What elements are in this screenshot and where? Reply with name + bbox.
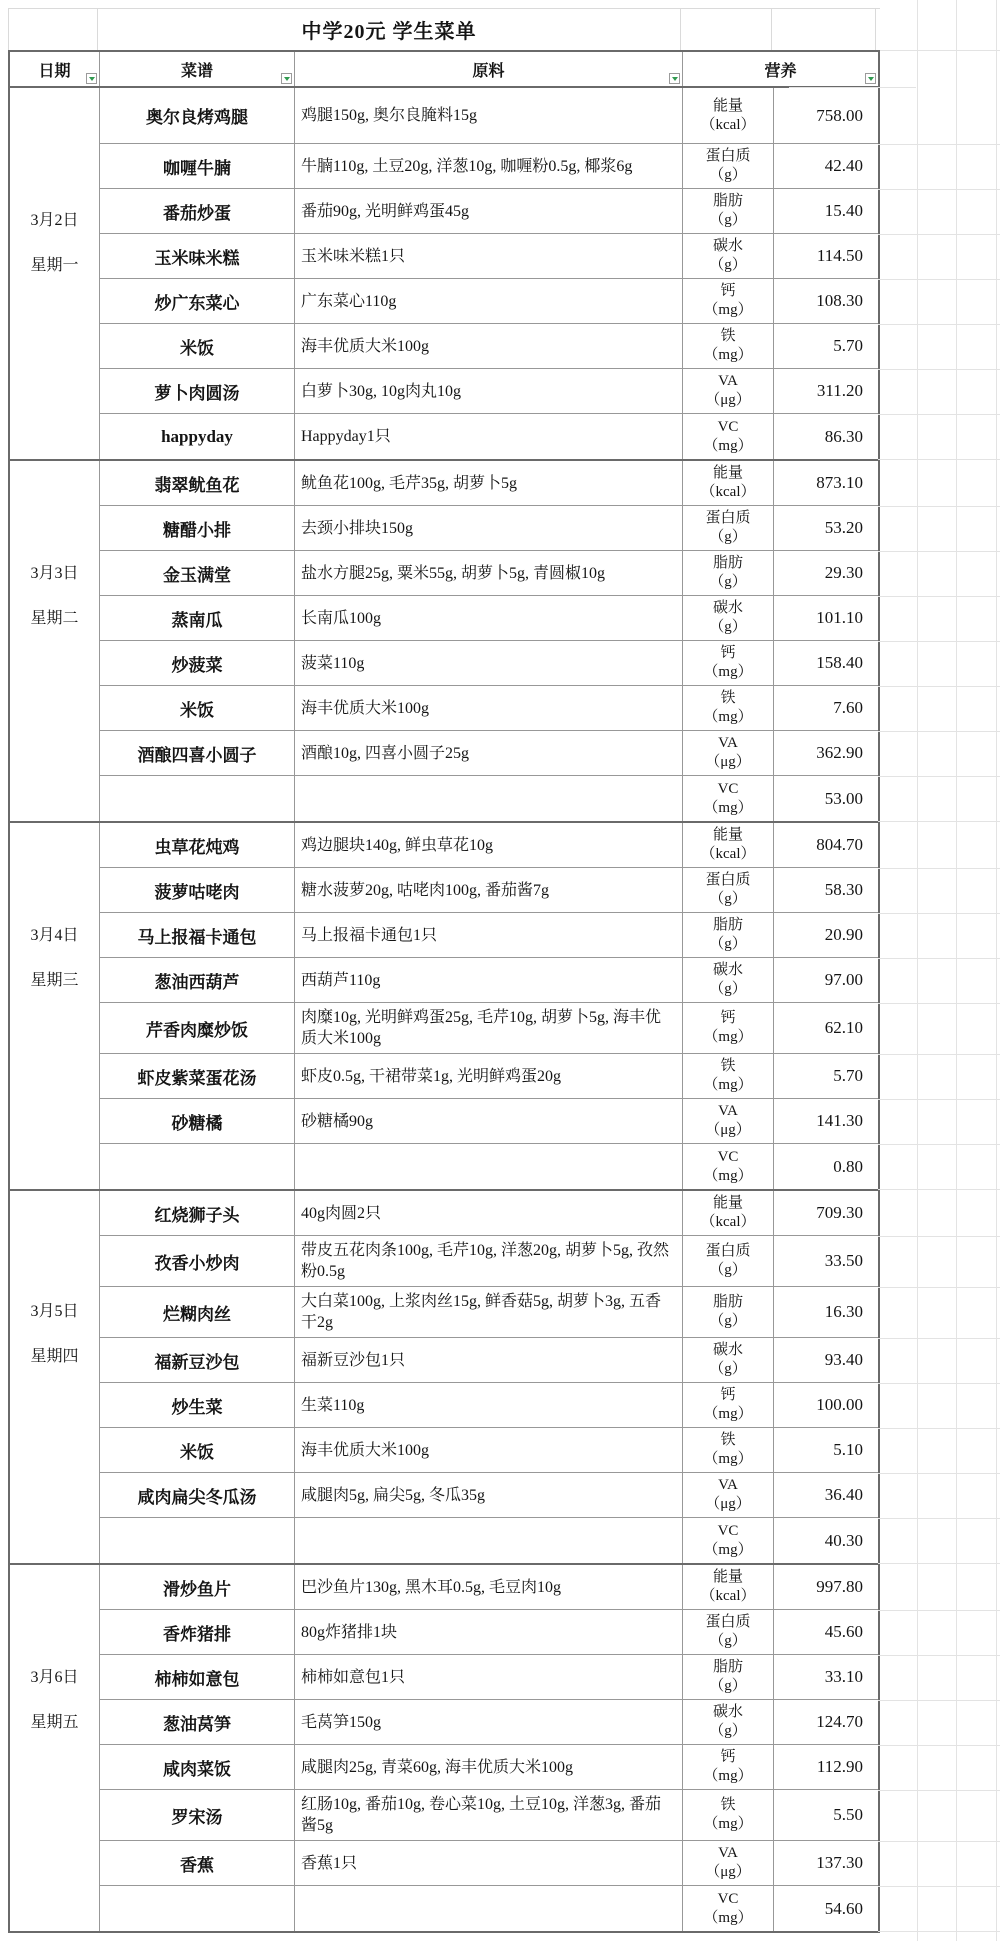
nutrient-value-cell[interactable]: 62.10 [774, 1003, 878, 1054]
nutrient-value: 114.50 [817, 246, 863, 266]
ingredients-cell[interactable]: 马上报福卡通包1只 [295, 913, 683, 958]
ingredients-cell[interactable]: 大白菜100g, 上浆肉丝15g, 鲜香菇5g, 胡萝卜3g, 五香干2g [295, 1287, 683, 1338]
filter-dropdown-icon[interactable] [669, 73, 680, 84]
nutrient-value: 362.90 [816, 743, 863, 763]
title-empty-cell[interactable] [681, 9, 772, 50]
menu-row: 炒生菜生菜110g钙（mg）100.00 [100, 1383, 878, 1428]
ingredients-text: 番茄90g, 光明鲜鸡蛋45g [301, 201, 469, 222]
date-cell[interactable]: 3月5日星期四 [10, 1191, 100, 1563]
nutrient-value-cell[interactable]: 873.10 [774, 461, 878, 506]
menu-row: 炒广东菜心广东菜心110g钙（mg）108.30 [100, 279, 878, 324]
nutrient-value-cell[interactable]: 114.50 [774, 234, 878, 279]
menu-row: 马上报福卡通包马上报福卡通包1只脂肪（g）20.90 [100, 913, 878, 958]
nutrient-value-cell[interactable]: 709.30 [774, 1191, 878, 1236]
nutrient-label-cell[interactable]: 铁（mg） [683, 1428, 774, 1473]
nutrient-unit: （mg） [703, 663, 752, 682]
ingredients-text: 菠菜110g [301, 653, 364, 674]
menu-row: 柿柿如意包柿柿如意包1只脂肪（g）33.10 [100, 1655, 878, 1700]
dish-cell[interactable]: 虫草花炖鸡 [100, 823, 295, 868]
ingredients-cell[interactable]: 香蕉1只 [295, 1841, 683, 1886]
dish-cell[interactable]: 炒生菜 [100, 1383, 295, 1428]
ingredients-cell[interactable]: 福新豆沙包1只 [295, 1338, 683, 1383]
nutrient-label-cell[interactable]: 能量（kcal） [683, 461, 774, 506]
nutrient-value: 5.10 [833, 1440, 863, 1460]
dish-name: 炒广东菜心 [155, 289, 240, 314]
nutrient-value-cell[interactable]: 112.90 [774, 1745, 878, 1790]
date-cell[interactable]: 3月4日星期三 [10, 823, 100, 1189]
nutrient-label-cell[interactable]: VA（μg） [683, 1841, 774, 1886]
nutrient-unit: （mg） [703, 1167, 752, 1186]
nutrient-unit: （mg） [703, 437, 752, 456]
nutrient-value-cell[interactable]: 108.30 [774, 279, 878, 324]
nutrient-unit: （g） [709, 573, 747, 592]
nutrient-value-cell[interactable]: 93.40 [774, 1338, 878, 1383]
ingredients-cell[interactable]: 咸腿肉5g, 扁尖5g, 冬瓜35g [295, 1473, 683, 1518]
ingredients-cell[interactable]: 糖水菠萝20g, 咕咾肉100g, 番茄酱7g [295, 868, 683, 913]
ingredients-cell[interactable]: 去颈小排块150g [295, 506, 683, 551]
nutrient-unit: （g） [709, 211, 747, 230]
dish-cell[interactable]: 糖醋小排 [100, 506, 295, 551]
nutrient-value-cell[interactable]: 804.70 [774, 823, 878, 868]
nutrient-label-cell[interactable]: 蛋白质（g） [683, 868, 774, 913]
dish-cell[interactable]: 米饭 [100, 324, 295, 369]
nutrient-label-cell[interactable]: 碳水（g） [683, 1338, 774, 1383]
nutrient-label-cell[interactable]: VA（μg） [683, 731, 774, 776]
dish-cell[interactable]: 炒广东菜心 [100, 279, 295, 324]
ingredients-text: 白萝卜30g, 10g肉丸10g [301, 381, 461, 402]
nutrient-label-cell[interactable]: 脂肪（g） [683, 551, 774, 596]
ingredients-cell[interactable] [295, 1886, 683, 1931]
nutrient-label-cell[interactable]: VC（mg） [683, 1518, 774, 1563]
nutrient-label-cell[interactable]: VC（mg） [683, 414, 774, 459]
nutrient-name: 蛋白质 [705, 1613, 750, 1632]
dish-cell[interactable]: 奥尔良烤鸡腿 [100, 88, 295, 144]
ingredients-text: 毛莴笋150g [301, 1712, 381, 1733]
ingredients-cell[interactable]: 砂糖橘90g [295, 1099, 683, 1144]
sheet-title-cell[interactable]: 中学20元 学生菜单 [98, 9, 681, 50]
ingredients-cell[interactable]: 咸腿肉25g, 青菜60g, 海丰优质大米100g [295, 1745, 683, 1790]
header-date[interactable]: 日期 [10, 52, 100, 86]
table-header-row: 日期 菜谱 原料 营养 [10, 52, 878, 88]
header-nutrition[interactable]: 营养 [683, 52, 878, 86]
menu-row: 米饭海丰优质大米100g铁（mg）5.10 [100, 1428, 878, 1473]
nutrient-unit: （g） [709, 1312, 747, 1331]
nutrient-value-cell[interactable]: 53.00 [774, 776, 878, 821]
nutrient-value: 5.70 [833, 1066, 863, 1086]
date-cell[interactable]: 3月3日星期二 [10, 461, 100, 821]
nutrient-label-cell[interactable]: 碳水（g） [683, 234, 774, 279]
nutrient-label-cell[interactable]: VA（μg） [683, 1473, 774, 1518]
nutrient-label-cell[interactable]: 能量（kcal） [683, 88, 774, 144]
ingredients-cell[interactable]: 红肠10g, 番茄10g, 卷心菜10g, 土豆10g, 洋葱3g, 番茄酱5g [295, 1790, 683, 1841]
dish-cell[interactable]: happyday [100, 414, 295, 459]
nutrient-value: 20.90 [825, 925, 863, 945]
nutrient-value-cell[interactable]: 758.00 [774, 88, 878, 144]
nutrient-value-cell[interactable]: 158.40 [774, 641, 878, 686]
nutrient-name: VA [718, 734, 738, 753]
nutrient-value-cell[interactable]: 54.60 [774, 1886, 878, 1931]
header-date-label: 日期 [38, 58, 70, 81]
nutrient-name: VC [718, 418, 739, 437]
nutrient-value-cell[interactable]: 15.40 [774, 189, 878, 234]
nutrient-name: 脂肪 [713, 1658, 743, 1677]
ingredients-cell[interactable] [295, 1144, 683, 1189]
title-empty-cell[interactable] [772, 9, 876, 50]
nutrient-value: 29.30 [825, 563, 863, 583]
dish-cell[interactable]: 米饭 [100, 1428, 295, 1473]
nutrient-unit: （kcal） [701, 845, 756, 864]
nutrient-value-cell[interactable]: 141.30 [774, 1099, 878, 1144]
nutrient-label-cell[interactable]: VC（mg） [683, 1144, 774, 1189]
nutrient-unit: （μg） [705, 1863, 751, 1882]
ingredients-cell[interactable]: 玉米味米糕1只 [295, 234, 683, 279]
nutrient-label-cell[interactable]: 蛋白质（g） [683, 506, 774, 551]
nutrient-unit: （mg） [703, 1767, 752, 1786]
filter-dropdown-icon[interactable] [865, 73, 876, 84]
nutrient-unit: （mg） [703, 799, 752, 818]
dish-cell[interactable]: 番茄炒蛋 [100, 189, 295, 234]
nutrient-label-cell[interactable]: 铁（mg） [683, 686, 774, 731]
menu-row: 滑炒鱼片巴沙鱼片130g, 黑木耳0.5g, 毛豆肉10g能量（kcal）997… [100, 1565, 878, 1610]
ingredients-text: 柿柿如意包1只 [301, 1667, 405, 1688]
menu-row: 虾皮紫菜蛋花汤虾皮0.5g, 干裙带菜1g, 光明鲜鸡蛋20g铁（mg）5.70 [100, 1054, 878, 1099]
nutrient-unit: （mg） [703, 1450, 752, 1469]
menu-row: 烂糊肉丝大白菜100g, 上浆肉丝15g, 鲜香菇5g, 胡萝卜3g, 五香干2… [100, 1287, 878, 1338]
dish-name: 糖醋小排 [163, 516, 231, 541]
ingredients-cell[interactable]: 牛腩110g, 土豆20g, 洋葱10g, 咖喱粉0.5g, 椰浆6g [295, 144, 683, 189]
nutrient-value: 16.30 [825, 1302, 863, 1322]
nutrient-value: 112.90 [817, 1757, 863, 1777]
ingredients-cell[interactable]: 虾皮0.5g, 干裙带菜1g, 光明鲜鸡蛋20g [295, 1054, 683, 1099]
nutrient-label-cell[interactable]: 能量（kcal） [683, 1565, 774, 1610]
dish-name: 马上报福卡通包 [138, 923, 257, 948]
nutrient-label-cell[interactable]: 能量（kcal） [683, 823, 774, 868]
nutrient-value-cell[interactable]: 86.30 [774, 414, 878, 459]
nutrient-unit: （mg） [703, 301, 752, 320]
dish-cell[interactable]: 香炸猪排 [100, 1610, 295, 1655]
dish-cell[interactable]: 蒸南瓜 [100, 596, 295, 641]
ingredients-cell[interactable] [295, 1518, 683, 1563]
dish-cell[interactable]: 砂糖橘 [100, 1099, 295, 1144]
ingredients-text: 西葫芦110g [301, 970, 380, 991]
ingredients-cell[interactable]: 鱿鱼花100g, 毛芹35g, 胡萝卜5g [295, 461, 683, 506]
nutrient-unit: （kcal） [701, 1587, 756, 1606]
weekday-text: 星期四 [10, 1334, 99, 1379]
menu-row: 孜香小炒肉带皮五花肉条100g, 毛芹10g, 洋葱20g, 胡萝卜5g, 孜然… [100, 1236, 878, 1287]
nutrient-unit: （mg） [703, 1909, 752, 1928]
nutrient-unit: （g） [709, 256, 747, 275]
nutrient-value: 0.80 [833, 1157, 863, 1177]
dish-name: 米饭 [180, 334, 214, 359]
dish-cell[interactable]: 菠萝咕咾肉 [100, 868, 295, 913]
weekday-text: 星期三 [10, 958, 99, 1003]
dish-name: happyday [161, 427, 233, 447]
nutrient-value: 5.70 [833, 336, 863, 356]
menu-row: VC（mg）53.00 [100, 776, 878, 821]
header-menu[interactable]: 菜谱 [100, 52, 295, 86]
nutrient-value-cell[interactable]: 5.70 [774, 324, 878, 369]
ingredients-cell[interactable]: 鸡边腿块140g, 鲜虫草花10g [295, 823, 683, 868]
nutrient-label-cell[interactable]: 铁（mg） [683, 324, 774, 369]
dish-cell[interactable]: 炒菠菜 [100, 641, 295, 686]
menu-row: 咖喱牛腩牛腩110g, 土豆20g, 洋葱10g, 咖喱粉0.5g, 椰浆6g蛋… [100, 144, 878, 189]
filter-dropdown-icon[interactable] [86, 73, 97, 84]
nutrient-value-cell[interactable]: 124.70 [774, 1700, 878, 1745]
nutrient-name: 铁 [720, 1796, 735, 1815]
ingredients-text: 长南瓜100g [301, 608, 381, 629]
ingredients-cell[interactable]: 西葫芦110g [295, 958, 683, 1003]
dish-name: 芹香肉糜炒饭 [146, 1016, 248, 1041]
dish-cell[interactable]: 咖喱牛腩 [100, 144, 295, 189]
dish-cell[interactable]: 金玉满堂 [100, 551, 295, 596]
nutrient-label-cell[interactable]: 钙（mg） [683, 641, 774, 686]
nutrient-value-cell[interactable]: 42.40 [774, 144, 878, 189]
dish-name: 香炸猪排 [163, 1620, 231, 1645]
nutrient-unit: （g） [709, 166, 747, 185]
nutrient-label-cell[interactable]: 铁（mg） [683, 1054, 774, 1099]
nutrient-value-cell[interactable]: 33.10 [774, 1655, 878, 1700]
nutrient-value-cell[interactable]: 5.50 [774, 1790, 878, 1841]
date-text: 3月6日 [10, 1655, 99, 1700]
nutrient-name: VC [718, 780, 739, 799]
nutrient-value-cell[interactable]: 362.90 [774, 731, 878, 776]
ingredients-cell[interactable] [295, 776, 683, 821]
nutrient-label-cell[interactable]: 脂肪（g） [683, 1287, 774, 1338]
date-label: 3月2日星期一 [10, 198, 99, 288]
menu-row: 咸肉菜饭咸腿肉25g, 青菜60g, 海丰优质大米100g钙（mg）112.90 [100, 1745, 878, 1790]
nutrient-value: 93.40 [825, 1350, 863, 1370]
menu-row: VC（mg）54.60 [100, 1886, 878, 1931]
ingredients-cell[interactable]: 柿柿如意包1只 [295, 1655, 683, 1700]
nutrient-unit: （kcal） [701, 1213, 756, 1232]
ingredients-cell[interactable]: 海丰优质大米100g [295, 1428, 683, 1473]
nutrient-unit: （g） [709, 890, 747, 909]
nutrient-label-cell[interactable]: VA（μg） [683, 1099, 774, 1144]
nutrient-label-cell[interactable]: 铁（mg） [683, 1790, 774, 1841]
ingredients-cell[interactable]: 毛莴笋150g [295, 1700, 683, 1745]
nutrient-value: 7.60 [833, 698, 863, 718]
dish-name: 菠萝咕咾肉 [155, 878, 240, 903]
ingredients-cell[interactable]: 生菜110g [295, 1383, 683, 1428]
nutrient-value: 804.70 [816, 835, 863, 855]
dish-cell[interactable]: 葱油莴笋 [100, 1700, 295, 1745]
nutrient-value: 100.00 [816, 1395, 863, 1415]
dish-cell[interactable] [100, 1144, 295, 1189]
nutrient-unit: （g） [709, 528, 747, 547]
dish-cell[interactable]: 咸肉菜饭 [100, 1745, 295, 1790]
nutrient-name: 碳水 [713, 1703, 743, 1722]
nutrient-value: 33.10 [825, 1667, 863, 1687]
dish-cell[interactable]: 香蕉 [100, 1841, 295, 1886]
date-label: 3月4日星期三 [10, 913, 99, 1003]
menu-row: 番茄炒蛋番茄90g, 光明鲜鸡蛋45g脂肪（g）15.40 [100, 189, 878, 234]
nutrient-label-cell[interactable]: 钙（mg） [683, 1383, 774, 1428]
nutrient-value-cell[interactable]: 137.30 [774, 1841, 878, 1886]
ingredients-cell[interactable]: Happyday1只 [295, 414, 683, 459]
header-ingredients[interactable]: 原料 [295, 52, 683, 86]
ingredients-cell[interactable]: 酒酿10g, 四喜小圆子25g [295, 731, 683, 776]
nutrient-value-cell[interactable]: 20.90 [774, 913, 878, 958]
sheet-gridline-vertical [956, 0, 957, 1941]
ingredients-cell[interactable]: 番茄90g, 光明鲜鸡蛋45g [295, 189, 683, 234]
nutrient-value: 36.40 [825, 1485, 863, 1505]
dish-cell[interactable]: 玉米味米糕 [100, 234, 295, 279]
nutrient-value-cell[interactable]: 5.70 [774, 1054, 878, 1099]
ingredients-cell[interactable]: 40g肉圆2只 [295, 1191, 683, 1236]
ingredients-text: 酒酿10g, 四喜小圆子25g [301, 743, 469, 764]
title-left-empty-cell[interactable] [8, 9, 98, 50]
dish-cell[interactable]: 滑炒鱼片 [100, 1565, 295, 1610]
ingredients-cell[interactable]: 海丰优质大米100g [295, 686, 683, 731]
nutrient-value-cell[interactable]: 5.10 [774, 1428, 878, 1473]
dish-cell[interactable]: 葱油西葫芦 [100, 958, 295, 1003]
ingredients-cell[interactable]: 白萝卜30g, 10g肉丸10g [295, 369, 683, 414]
nutrient-value-cell[interactable]: 311.20 [774, 369, 878, 414]
ingredients-text: Happyday1只 [301, 426, 391, 447]
dish-cell[interactable]: 柿柿如意包 [100, 1655, 295, 1700]
nutrient-value-cell[interactable]: 53.20 [774, 506, 878, 551]
ingredients-cell[interactable]: 鸡腿150g, 奥尔良腌料15g [295, 88, 683, 144]
ingredients-cell[interactable]: 菠菜110g [295, 641, 683, 686]
nutrient-value-cell[interactable]: 16.30 [774, 1287, 878, 1338]
nutrient-label-cell[interactable]: 碳水（g） [683, 958, 774, 1003]
dish-cell[interactable]: 烂糊肉丝 [100, 1287, 295, 1338]
ingredients-cell[interactable]: 盐水方腿25g, 粟米55g, 胡萝卜5g, 青圆椒10g [295, 551, 683, 596]
day-group-2: 3月3日星期二翡翠鱿鱼花鱿鱼花100g, 毛芹35g, 胡萝卜5g能量（kcal… [10, 459, 878, 821]
filter-dropdown-icon[interactable] [281, 73, 292, 84]
dish-cell[interactable]: 马上报福卡通包 [100, 913, 295, 958]
dish-cell[interactable]: 萝卜肉圆汤 [100, 369, 295, 414]
nutrient-unit: （g） [709, 980, 747, 999]
nutrient-label-cell[interactable]: 碳水（g） [683, 1700, 774, 1745]
nutrient-label-cell[interactable]: 钙（mg） [683, 1003, 774, 1054]
menu-row: 炒菠菜菠菜110g钙（mg）158.40 [100, 641, 878, 686]
dish-cell[interactable] [100, 1886, 295, 1931]
nutrient-unit: （g） [709, 1360, 747, 1379]
page-title: 中学20元 学生菜单 [302, 15, 477, 44]
nutrient-value-cell[interactable]: 36.40 [774, 1473, 878, 1518]
nutrient-label-cell[interactable]: 蛋白质（g） [683, 1236, 774, 1287]
nutrient-name: 钙 [720, 282, 735, 301]
menu-table: 日期 菜谱 原料 营养 3月2日星期一奥尔良烤鸡腿鸡腿150g, 奥尔良腌料15… [8, 50, 880, 1933]
ingredients-cell[interactable]: 80g炸猪排1块 [295, 1610, 683, 1655]
dish-cell[interactable]: 罗宋汤 [100, 1790, 295, 1841]
nutrient-value: 62.10 [825, 1018, 863, 1038]
nutrient-label-cell[interactable]: 碳水（g） [683, 596, 774, 641]
nutrient-name: 碳水 [713, 1341, 743, 1360]
ingredients-cell[interactable]: 肉糜10g, 光明鲜鸡蛋25g, 毛芹10g, 胡萝卜5g, 海丰优质大米100… [295, 1003, 683, 1054]
dish-name: 萝卜肉圆汤 [155, 379, 240, 404]
nutrient-name: 能量 [713, 464, 743, 483]
nutrient-label-cell[interactable]: VA（μg） [683, 369, 774, 414]
ingredients-cell[interactable]: 长南瓜100g [295, 596, 683, 641]
ingredients-cell[interactable]: 广东菜心110g [295, 279, 683, 324]
day-group-5: 3月6日星期五滑炒鱼片巴沙鱼片130g, 黑木耳0.5g, 毛豆肉10g能量（k… [10, 1563, 878, 1931]
dish-cell[interactable]: 孜香小炒肉 [100, 1236, 295, 1287]
dish-name: 滑炒鱼片 [163, 1575, 231, 1600]
nutrient-value-cell[interactable]: 29.30 [774, 551, 878, 596]
nutrient-value-cell[interactable]: 58.30 [774, 868, 878, 913]
nutrient-label-cell[interactable]: 钙（mg） [683, 1745, 774, 1790]
nutrient-label-cell[interactable]: VC（mg） [683, 1886, 774, 1931]
ingredients-cell[interactable]: 海丰优质大米100g [295, 324, 683, 369]
menu-row: 砂糖橘砂糖橘90gVA（μg）141.30 [100, 1099, 878, 1144]
dish-cell[interactable] [100, 776, 295, 821]
ingredients-cell[interactable]: 带皮五花肉条100g, 毛芹10g, 洋葱20g, 胡萝卜5g, 孜然粉0.5g [295, 1236, 683, 1287]
nutrient-value-cell[interactable]: 0.80 [774, 1144, 878, 1189]
dish-name: 蒸南瓜 [172, 606, 223, 631]
dish-name: 翡翠鱿鱼花 [155, 471, 240, 496]
dish-cell[interactable]: 翡翠鱿鱼花 [100, 461, 295, 506]
ingredients-text: 鱿鱼花100g, 毛芹35g, 胡萝卜5g [301, 473, 517, 494]
nutrient-unit: （mg） [703, 1028, 752, 1047]
nutrient-name: 铁 [720, 327, 735, 346]
nutrient-value-cell[interactable]: 97.00 [774, 958, 878, 1003]
dish-name: 福新豆沙包 [155, 1348, 240, 1373]
nutrient-label-cell[interactable]: VC（mg） [683, 776, 774, 821]
dish-cell[interactable] [100, 1518, 295, 1563]
nutrient-value-cell[interactable]: 101.10 [774, 596, 878, 641]
ingredients-text: 咸腿肉25g, 青菜60g, 海丰优质大米100g [301, 1757, 573, 1778]
dish-cell[interactable]: 虾皮紫菜蛋花汤 [100, 1054, 295, 1099]
dish-name: 金玉满堂 [163, 561, 231, 586]
ingredients-cell[interactable]: 巴沙鱼片130g, 黑木耳0.5g, 毛豆肉10g [295, 1565, 683, 1610]
nutrient-value: 873.10 [816, 473, 863, 493]
nutrient-label-cell[interactable]: 脂肪（g） [683, 1655, 774, 1700]
ingredients-text: 生菜110g [301, 1395, 364, 1416]
nutrient-value: 141.30 [816, 1111, 863, 1131]
nutrient-label-cell[interactable]: 脂肪（g） [683, 913, 774, 958]
nutrient-value-cell[interactable]: 997.80 [774, 1565, 878, 1610]
nutrient-name: 脂肪 [713, 1293, 743, 1312]
nutrient-label-cell[interactable]: 能量（kcal） [683, 1191, 774, 1236]
menu-row: 菠萝咕咾肉糖水菠萝20g, 咕咾肉100g, 番茄酱7g蛋白质（g）58.30 [100, 868, 878, 913]
nutrient-label-cell[interactable]: 蛋白质（g） [683, 144, 774, 189]
nutrient-value: 709.30 [816, 1203, 863, 1223]
ingredients-text: 鸡边腿块140g, 鲜虫草花10g [301, 835, 493, 856]
weekday-text: 星期五 [10, 1700, 99, 1745]
dish-cell[interactable]: 福新豆沙包 [100, 1338, 295, 1383]
dish-cell[interactable]: 酒酿四喜小圆子 [100, 731, 295, 776]
nutrient-value-cell[interactable]: 33.50 [774, 1236, 878, 1287]
nutrient-value-cell[interactable]: 100.00 [774, 1383, 878, 1428]
menu-row: 香蕉香蕉1只VA（μg）137.30 [100, 1841, 878, 1886]
nutrient-label-cell[interactable]: 蛋白质（g） [683, 1610, 774, 1655]
menu-row: 糖醋小排去颈小排块150g蛋白质（g）53.20 [100, 506, 878, 551]
dish-cell[interactable]: 米饭 [100, 686, 295, 731]
nutrient-unit: （g） [709, 618, 747, 637]
nutrient-label-cell[interactable]: 脂肪（g） [683, 189, 774, 234]
ingredients-text: 牛腩110g, 土豆20g, 洋葱10g, 咖喱粉0.5g, 椰浆6g [301, 156, 632, 177]
ingredients-text: 40g肉圆2只 [301, 1203, 381, 1224]
date-cell[interactable]: 3月6日星期五 [10, 1565, 100, 1931]
header-menu-label: 菜谱 [181, 58, 213, 81]
dish-cell[interactable]: 芹香肉糜炒饭 [100, 1003, 295, 1054]
menu-row: VC（mg）0.80 [100, 1144, 878, 1189]
menu-row: 罗宋汤红肠10g, 番茄10g, 卷心菜10g, 土豆10g, 洋葱3g, 番茄… [100, 1790, 878, 1841]
ingredients-text: 虾皮0.5g, 干裙带菜1g, 光明鲜鸡蛋20g [301, 1066, 561, 1087]
dish-cell[interactable]: 咸肉扁尖冬瓜汤 [100, 1473, 295, 1518]
dish-cell[interactable]: 红烧狮子头 [100, 1191, 295, 1236]
nutrient-value-cell[interactable]: 7.60 [774, 686, 878, 731]
nutrient-value: 40.30 [825, 1531, 863, 1551]
nutrient-value-cell[interactable]: 45.60 [774, 1610, 878, 1655]
sheet-gridline-vertical [917, 0, 918, 1941]
nutrient-value-cell[interactable]: 40.30 [774, 1518, 878, 1563]
title-band: 中学20元 学生菜单 [8, 8, 880, 50]
date-cell[interactable]: 3月2日星期一 [10, 88, 100, 459]
nutrient-label-cell[interactable]: 钙（mg） [683, 279, 774, 324]
